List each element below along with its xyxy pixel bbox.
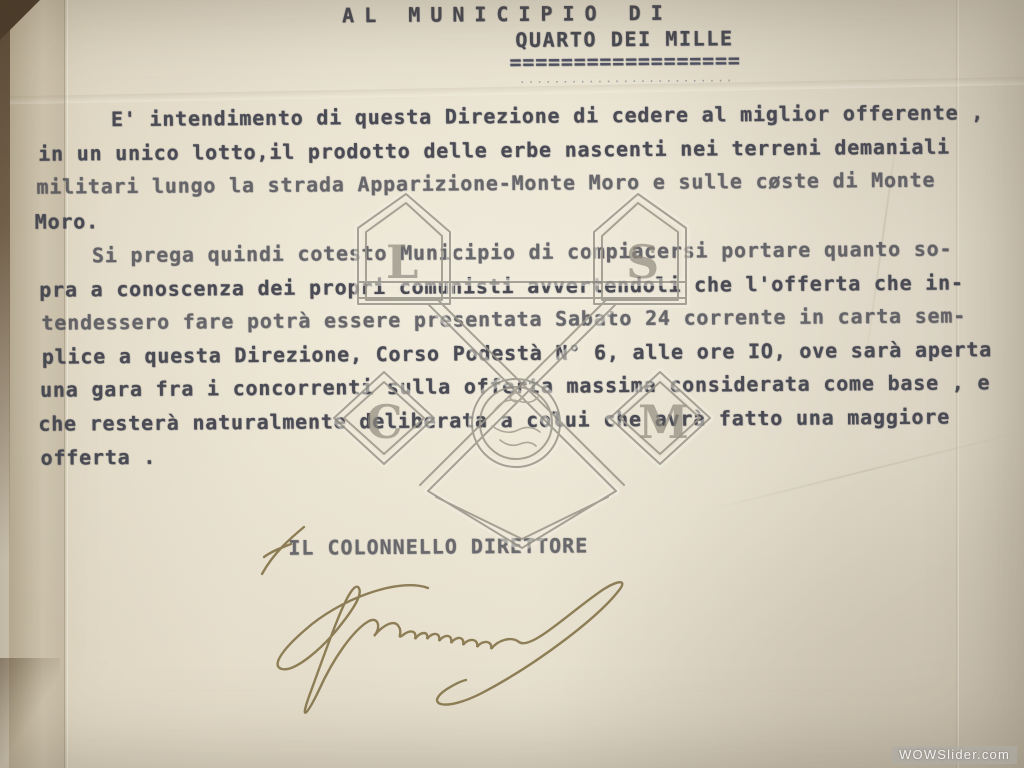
signature-stroke bbox=[278, 582, 623, 712]
pen-mark bbox=[262, 527, 304, 574]
handwritten-signature bbox=[0, 0, 1024, 768]
wowslider-watermark[interactable]: WOWSlider.com bbox=[892, 746, 1017, 764]
document-photo: AL MUNICIPIO DI QUARTO DEI MILLE =======… bbox=[0, 0, 1024, 768]
